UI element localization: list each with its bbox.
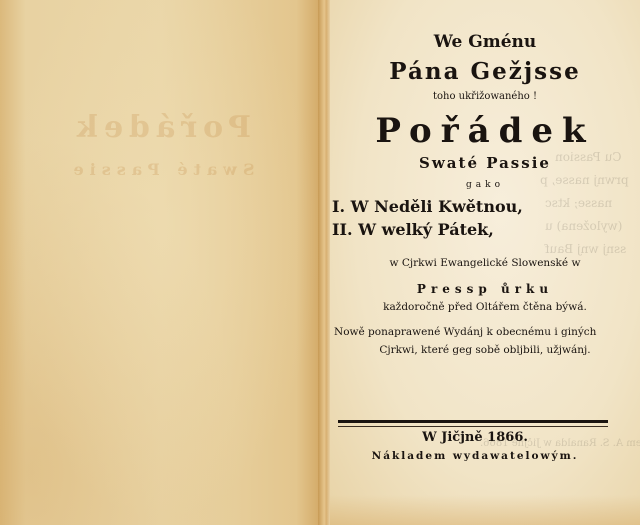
church-line: w Cjrkwi Ewangelické Slowenské w xyxy=(330,257,640,269)
book-spread: Pořádek Swaté Passie Cu Passion prwnj na… xyxy=(0,0,640,525)
main-title: Pořádek xyxy=(330,111,640,151)
paper-stain xyxy=(330,495,640,525)
connector-word: gako xyxy=(330,180,640,190)
divider-rule-thick xyxy=(338,420,608,423)
bleed-through-subtitle: Swaté Passie xyxy=(0,160,322,179)
left-page: Pořádek Swaté Passie xyxy=(0,0,322,525)
edition-line-2: Cjrkwi, které geg sobě obljbili, užjwánj… xyxy=(330,344,640,356)
list-item-palm-sunday: I. W Neděli Kwětnou, xyxy=(332,197,640,216)
subtitle: Swaté Passie xyxy=(330,154,640,172)
bleed-through-title: Pořádek xyxy=(0,110,322,145)
title-page: Cu Passion prwnj nasse, p nasse; ktsc (w… xyxy=(330,0,640,525)
invocation-line-1: We Gménu xyxy=(330,32,640,52)
publisher-line: Nákladem wydawatelowým. xyxy=(310,450,640,462)
invocation-line-3: toho ukřižowaného ! xyxy=(330,91,640,102)
edition-line-1: Nowě ponaprawené Wydánj k obecnému i gin… xyxy=(334,326,640,338)
city-name: Pressp ůrku xyxy=(330,282,640,296)
divider-rule-thin xyxy=(338,426,608,427)
ghost-text-line: ssnj wnj Bauf xyxy=(545,242,626,256)
place-year: W Jičjně 1866. xyxy=(310,430,640,445)
invocation-line-2: Pána Gežjsse xyxy=(330,58,640,85)
list-item-good-friday: II. W welký Pátek, xyxy=(332,220,640,239)
usage-line: každoročně před Oltářem čtěna býwá. xyxy=(330,301,640,313)
